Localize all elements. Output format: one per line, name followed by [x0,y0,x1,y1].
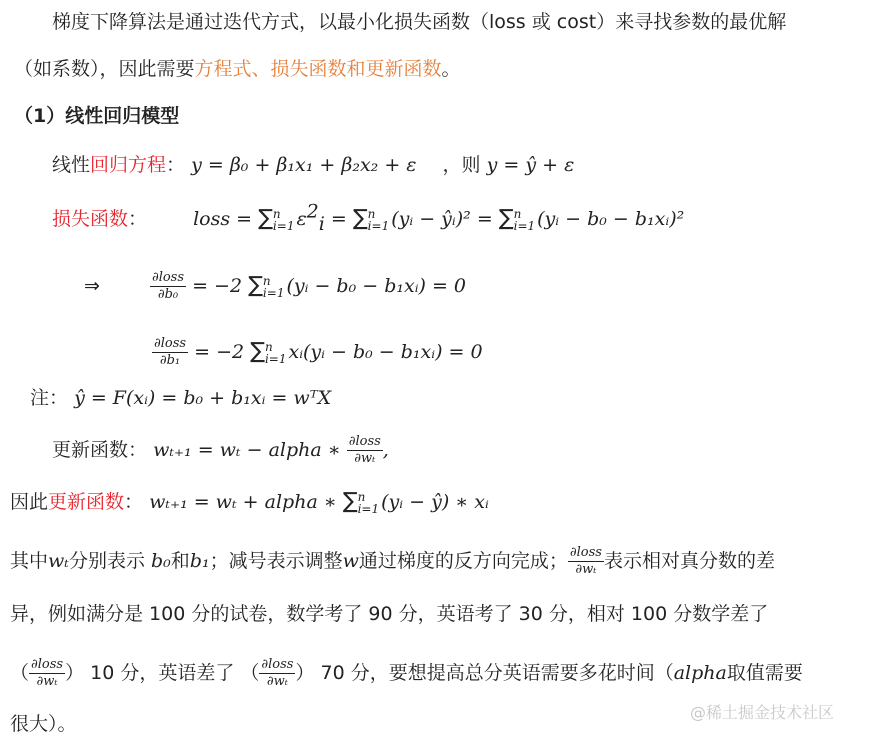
loss-term-3: (yᵢ − b₀ − b₁xᵢ)² [537,208,684,230]
sum-limits: ni=1 [265,341,287,365]
derivative-rhs: = −2 [194,341,244,363]
text: 分别表示 [69,550,151,572]
regression-equation-line: 线性回归方程： y = β₀ + β₁x₁ + β₂x₂ + ε ，则 y = … [52,153,574,177]
update-tail: , [383,439,389,461]
intro-line-1: 梯度下降算法是通过迭代方式，以最小化损失函数（loss 或 cost）来寻找参数… [52,10,786,34]
sum-limits: ni=1 [368,208,390,232]
note-label: 注： [30,387,68,409]
therefore-label: 因此 [10,491,48,513]
loss-term-2: (yᵢ − ŷᵢ)² [391,208,471,230]
text: 取值需要 [727,662,803,684]
sum-icon: ∑ [248,273,263,298]
derivative-body: (yᵢ − b₀ − b₁xᵢ) = 0 [286,275,466,297]
colon: ： [128,208,147,230]
sum-limits: ni=1 [273,208,295,232]
update-function-final-line: 因此更新函数： wₜ₊₁ = wₜ + alpha ∗ ∑ni=1(yᵢ − ŷ… [10,490,489,515]
loss-label: 损失函数 [52,208,128,230]
section-heading: （1）线性回归模型 [14,104,179,128]
math-wt: wₜ [48,550,69,572]
sum-icon: ∑ [343,489,358,514]
math-b1: b₁ [190,550,210,572]
update-label: 更新函数： [52,439,147,461]
then-label: ，则 [443,154,481,176]
note-line: 注： ŷ = F(xᵢ) = b₀ + b₁xᵢ = wᵀX [30,386,331,410]
derivative-b1-line: ∂loss∂b₁ = −2 ∑ni=1xᵢ(yᵢ − b₀ − b₁xᵢ) = … [152,336,483,369]
update-lhs: wₜ₊₁ = wₜ − alpha ∗ [153,439,347,461]
derivative-rhs: = −2 [192,275,242,297]
text: ；减号表示调整 [210,550,343,572]
text: 表示相对真分数的差 [604,550,775,572]
intro-line-2: （如系数），因此需要方程式、损失函数和更新函数。 [14,57,461,81]
fraction-dloss-dwt: ∂loss∂wₜ [259,657,295,690]
text: （ [10,662,29,684]
sum-icon: ∑ [250,339,265,364]
derivative-body: xᵢ(yᵢ − b₀ − b₁xᵢ) = 0 [288,341,482,363]
note-equation: ŷ = F(xᵢ) = b₀ + b₁xᵢ = wᵀX [74,387,331,409]
fraction-dloss-dwt: ∂loss∂wₜ [568,545,604,578]
update-final-label: 更新函数 [48,491,124,513]
regression-equation-2: y = ŷ + ε [487,154,575,176]
update-final-equation: wₜ₊₁ = wₜ + alpha ∗ [149,491,343,513]
watermark: @稀土掘金技术社区 [690,700,834,723]
fraction-dloss-db0: ∂loss∂b₀ [150,270,186,303]
text: ） 10 分，英语差了 （ [65,662,259,684]
text: ） 70 分，要想提高总分英语需要多花时间（ [295,662,673,684]
fraction-dloss-dwt: ∂loss∂wₜ [347,434,383,467]
explain-line-1: 其中wₜ分别表示 b₀和b₁；减号表示调整w通过梯度的反方向完成；∂loss∂w… [10,545,775,578]
math-alpha: alpha [674,662,727,684]
fraction-dloss-dwt: ∂loss∂wₜ [29,657,65,690]
update-function-line: 更新函数： wₜ₊₁ = wₜ − alpha ∗ ∂loss∂wₜ, [52,434,389,467]
highlight-text: 方程式、损失函数和更新函数 [195,58,442,80]
explain-line-2: 异，例如满分是 100 分的试卷，数学考了 90 分，英语考了 30 分，相对 … [10,602,768,626]
sum-icon: ∑ [499,206,514,231]
math-b0: b₀ [151,550,171,572]
sum-icon: ∑ [258,206,273,231]
loss-lhs: loss = [193,208,258,230]
loss-function-line: 损失函数： loss = ∑ni=1ε2i = ∑ni=1(yᵢ − ŷᵢ)² … [52,207,684,232]
regression-equation: y = β₀ + β₁x₁ + β₂x₂ + ε [191,154,416,176]
derivative-b0-line: ⇒ ∂loss∂b₀ = −2 ∑ni=1(yᵢ − b₀ − b₁xᵢ) = … [84,270,466,303]
colon: ： [166,154,185,176]
math-w: w [343,550,359,572]
text: 通过梯度的反方向完成； [359,550,568,572]
regression-label: 线性 [52,154,90,176]
colon: ： [124,491,143,513]
sum-limits: ni=1 [514,208,536,232]
sum-limits: ni=1 [358,491,380,515]
intro-text: （如系数），因此需要 [14,58,195,80]
implies-arrow-icon: ⇒ [84,275,100,297]
explain-line-3: （∂loss∂wₜ） 10 分，英语差了 （∂loss∂wₜ） 70 分，要想提… [10,657,803,690]
fraction-dloss-db1: ∂loss∂b₁ [152,336,188,369]
text: 其中 [10,550,48,572]
sum-icon: ∑ [353,206,368,231]
explain-line-4: 很大）。 [10,712,77,736]
loss-term-1: ε [296,208,306,230]
intro-end: 。 [442,58,461,80]
update-final-body: (yᵢ − ŷ) ∗ xᵢ [381,491,489,513]
sum-limits: ni=1 [263,275,285,299]
text: 和 [171,550,190,572]
regression-highlight: 回归方程 [90,154,166,176]
